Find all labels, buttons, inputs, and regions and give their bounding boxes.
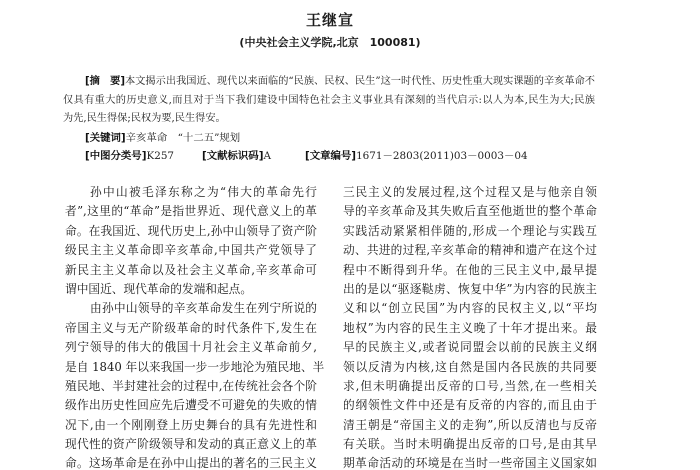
body-line: 期革命活动的环境是在当时一些帝国主义国家如 [343, 454, 597, 470]
keywords-label: [关键词] [85, 132, 126, 144]
body-line: 是自 1840 年以来我国一步一步地沦为殖民地、半 [65, 358, 317, 377]
article-number-value: 1671－2803(2011)03－0003－04 [356, 150, 528, 162]
body-line: 清王朝是“帝国主义的走狗”,所以反清也与反帝 [343, 416, 597, 435]
keywords-line: [关键词]辛亥革命 “十二五”规划 [85, 129, 240, 147]
body-line: 现代性的资产阶级领导和发动的真正意义上的革 [65, 435, 317, 454]
clc-number-value: K257 [146, 150, 174, 162]
body-line: 实践活动紧紧相伴随的,形成一个理论与实践互 [343, 222, 597, 241]
body-line: 导的辛亥革命及其失败后直至他逝世的整个革命 [343, 202, 597, 221]
clc-number: [中图分类号]K257 [85, 147, 174, 165]
body-line: 命。这场革命是在孙中山提出的著名的三民主义 [65, 454, 317, 470]
author-affiliation: (中央社会主义学院,北京 100081) [160, 35, 500, 51]
article-number-label: [文章编号] [305, 150, 356, 162]
body-line: 谓中国近、现代革命的发端和起点。 [65, 280, 317, 299]
body-line: 殖民地、半封建社会的过程中,在传统社会各个阶 [65, 377, 317, 396]
body-line: 求,但未明确提出反帝的口号,当然,在一些相关 [343, 377, 597, 396]
body-line: 帝国主义与无产阶级革命的时代条件下,发生在 [65, 319, 317, 338]
body-line: 况下,由一个刚刚登上历史舞台的具有先进性和 [65, 416, 317, 435]
clc-number-label: [中图分类号] [85, 150, 146, 162]
body-line: 早的民族主义,或者说同盟会以前的民族主义纲 [343, 338, 597, 357]
body-line: 动、共进的过程,辛亥革命的精神和遗产在这个过 [343, 241, 597, 260]
document-code: [文献标识码]A [202, 147, 271, 165]
right-column: 三民主义的发展过程,这个过程又是与他亲自领 导的辛亥革命及其失败后直至他逝世的整… [343, 183, 597, 470]
body-line: 程中不断得到升华。在他的三民主义中,最早提 [343, 261, 597, 280]
left-column: 孙中山被毛泽东称之为“伟大的革命先行 者”,这里的“革命”是指世界近、现代意义上… [65, 183, 317, 470]
abstract-text: 本文揭示出我国近、现代以来面临的“民族、民权、民生”这一时代性、历史性重大现实课… [125, 76, 595, 87]
body-line: 由孙中山领导的辛亥革命发生在列宁所说的 [65, 299, 317, 318]
abstract-line: 为先,民生得保;民权为要,民生得安。 [63, 110, 595, 129]
body-line: 级民主主义革命即辛亥革命,中国共产党领导了 [65, 241, 317, 260]
body-line: 孙中山被毛泽东称之为“伟大的革命先行 [65, 183, 317, 202]
body-line: 出的是以“驱逐鞑虏、恢复中华”为内容的民族主 [343, 280, 597, 299]
body-line: 列宁领导的伟大的俄国十月社会主义革命前夕, [65, 338, 317, 357]
body-line: 领以反清为内核,这自然是国内各民族的共同要 [343, 358, 597, 377]
document-code-label: [文献标识码] [202, 150, 263, 162]
body-line: 有关联。当时未明确提出反帝的口号,是由其早 [343, 435, 597, 454]
body-line: 级作出历史性回应先后遭受不可避免的失败的情 [65, 396, 317, 415]
author-name: 王继宣 [230, 10, 430, 30]
body-line: 的纲领性文件中还是有反帝的内容的,而且由于 [343, 396, 597, 415]
body-line: 地权”为内容的民生主义晚了十年才提出来。最 [343, 319, 597, 338]
body-line: 三民主义的发展过程,这个过程又是与他亲自领 [343, 183, 597, 202]
abstract-line: 仅具有重大的历史意义,而且对于当下我们建设中国特色社会主义事业具有深刻的当代启示… [63, 92, 595, 111]
body-line: 者”,这里的“革命”是指世界近、现代意义上的革 [65, 202, 317, 221]
body-line: 新民主主义革命以及社会主义革命,辛亥革命可 [65, 261, 317, 280]
abstract-label: [摘 要] [85, 76, 125, 87]
body-line: 义和以“创立民国”为内容的民权主义,以“平均 [343, 299, 597, 318]
article-number: [文章编号]1671－2803(2011)03－0003－04 [305, 147, 528, 165]
body-line: 命。在我国近、现代历史上,孙中山领导了资产阶 [65, 222, 317, 241]
paper-page: 王继宣 (中央社会主义学院,北京 100081) [摘 要]本文揭示出我国近、现… [0, 0, 700, 470]
keywords-value: 辛亥革命 “十二五”规划 [126, 132, 241, 144]
abstract-block: [摘 要]本文揭示出我国近、现代以来面临的“民族、民权、民生”这一时代性、历史性… [63, 73, 595, 129]
document-code-value: A [263, 150, 271, 162]
abstract-line: [摘 要]本文揭示出我国近、现代以来面临的“民族、民权、民生”这一时代性、历史性… [63, 73, 595, 92]
